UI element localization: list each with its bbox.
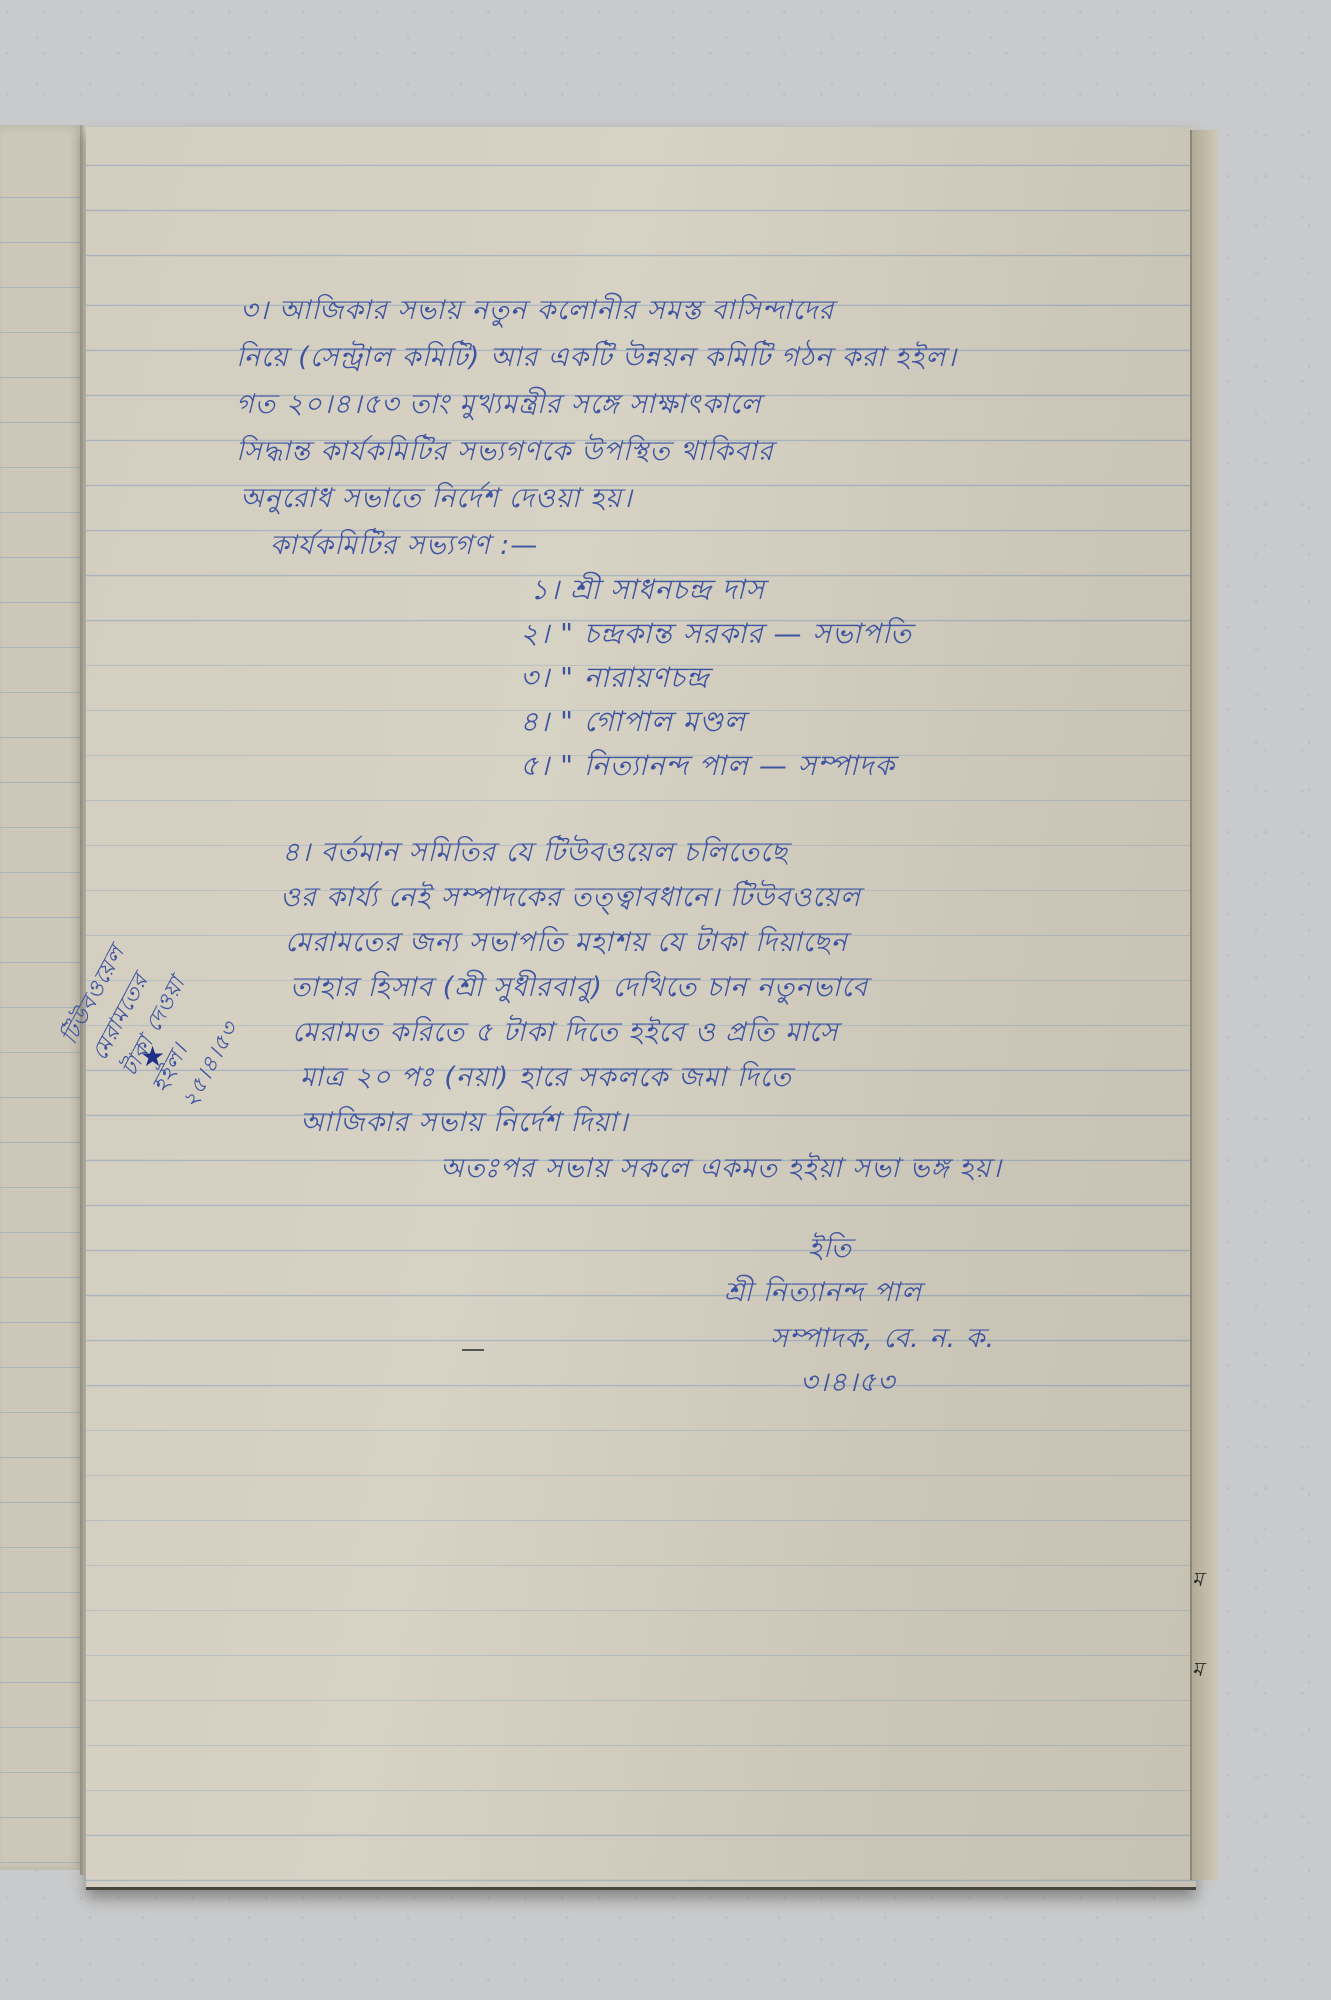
member-row: ১। শ্রী সাধনচন্দ্র দাস <box>530 568 765 615</box>
member-name: শ্রী সাধনচন্দ্র দাস <box>570 573 765 606</box>
member-num: ৩। <box>520 661 550 694</box>
member-name: " গোপাল মণ্ডল <box>560 705 746 738</box>
item4-line-7: আজিকার সভায় নির্দেশ দিয়া। <box>300 1102 629 1147</box>
item4-line-2: ওর কার্য্য নেই সম্পাদকের তত্ত্বাবধানে। ট… <box>280 877 861 922</box>
closing-line: অতঃপর সভায় সকলে একমত হইয়া সভা ভঙ্গ হয়… <box>440 1148 1002 1193</box>
signature-title: সম্পাদক, বে. ন. ক. <box>770 1318 995 1363</box>
member-name: " নিত্যানন্দ পাল <box>560 749 749 782</box>
member-row: ৩। " নারায়ণচন্দ্র <box>520 656 709 703</box>
member-role: — সভাপতি <box>773 617 911 650</box>
item4-line-1: ৪। বর্তমান সমিতির যে টিউবওয়েল চলিতেছে <box>282 832 788 877</box>
facing-page <box>0 125 84 1870</box>
item3-line-2: নিয়ে (সেন্ট্রাল কমিটি) আর একটি উন্নয়ন … <box>236 337 957 382</box>
item4-line-6: মাত্র ২০ পঃ (নয়া) হারে সকলকে জমা দিতে <box>300 1057 792 1102</box>
member-role: — সম্পাদক <box>759 749 895 782</box>
member-num: ২। <box>520 617 550 650</box>
member-name: " চন্দ্রকান্ত সরকার <box>560 617 763 650</box>
item3-line-4: সিদ্ধান্ত কার্যকমিটির সভ্যগণকে উপস্থিত থ… <box>236 431 774 476</box>
member-num: ৪। <box>520 705 550 738</box>
signature-date: ৩।৪।৫৩ <box>800 1362 895 1407</box>
item3-line-3: গত ২০।৪।৫৩ তাং মুখ্যমন্ত্রীর সঙ্গে সাক্ষ… <box>236 384 762 429</box>
edge-mark: ম <box>1192 1565 1203 1598</box>
member-row: ২। " চন্দ্রকান্ত সরকার — সভাপতি <box>520 612 912 659</box>
members-heading: কার্যকমিটির সভ্যগণ :— <box>270 525 538 570</box>
member-num: ৫। <box>520 749 550 782</box>
item3-line-1: ৩। আজিকার সভায় নতুন কলোনীর সমস্ত বাসিন্… <box>240 290 834 335</box>
page-stack-edge <box>1190 130 1218 1880</box>
member-row: ৫। " নিত্যানন্দ পাল — সম্পাদক <box>520 744 895 791</box>
item4-line-5: মেরামত করিতে ৫ টাকা দিতে হইবে ও প্রতি মা… <box>292 1012 839 1057</box>
member-name: " নারায়ণচন্দ্র <box>560 661 709 694</box>
member-row: ৪। " গোপাল মণ্ডল <box>520 700 746 747</box>
star-mark-icon: ★ <box>140 1040 165 1073</box>
item3-line-5: অনুরোধ সভাতে নির্দেশ দেওয়া হয়। <box>240 478 633 523</box>
stray-dash-mark <box>462 1349 484 1351</box>
edge-mark: ম <box>1192 1655 1203 1688</box>
signature-salutation: ইতি <box>808 1228 852 1273</box>
member-num: ১। <box>530 573 560 606</box>
signature-name: শ্রী নিত্যানন্দ পাল <box>724 1272 922 1317</box>
